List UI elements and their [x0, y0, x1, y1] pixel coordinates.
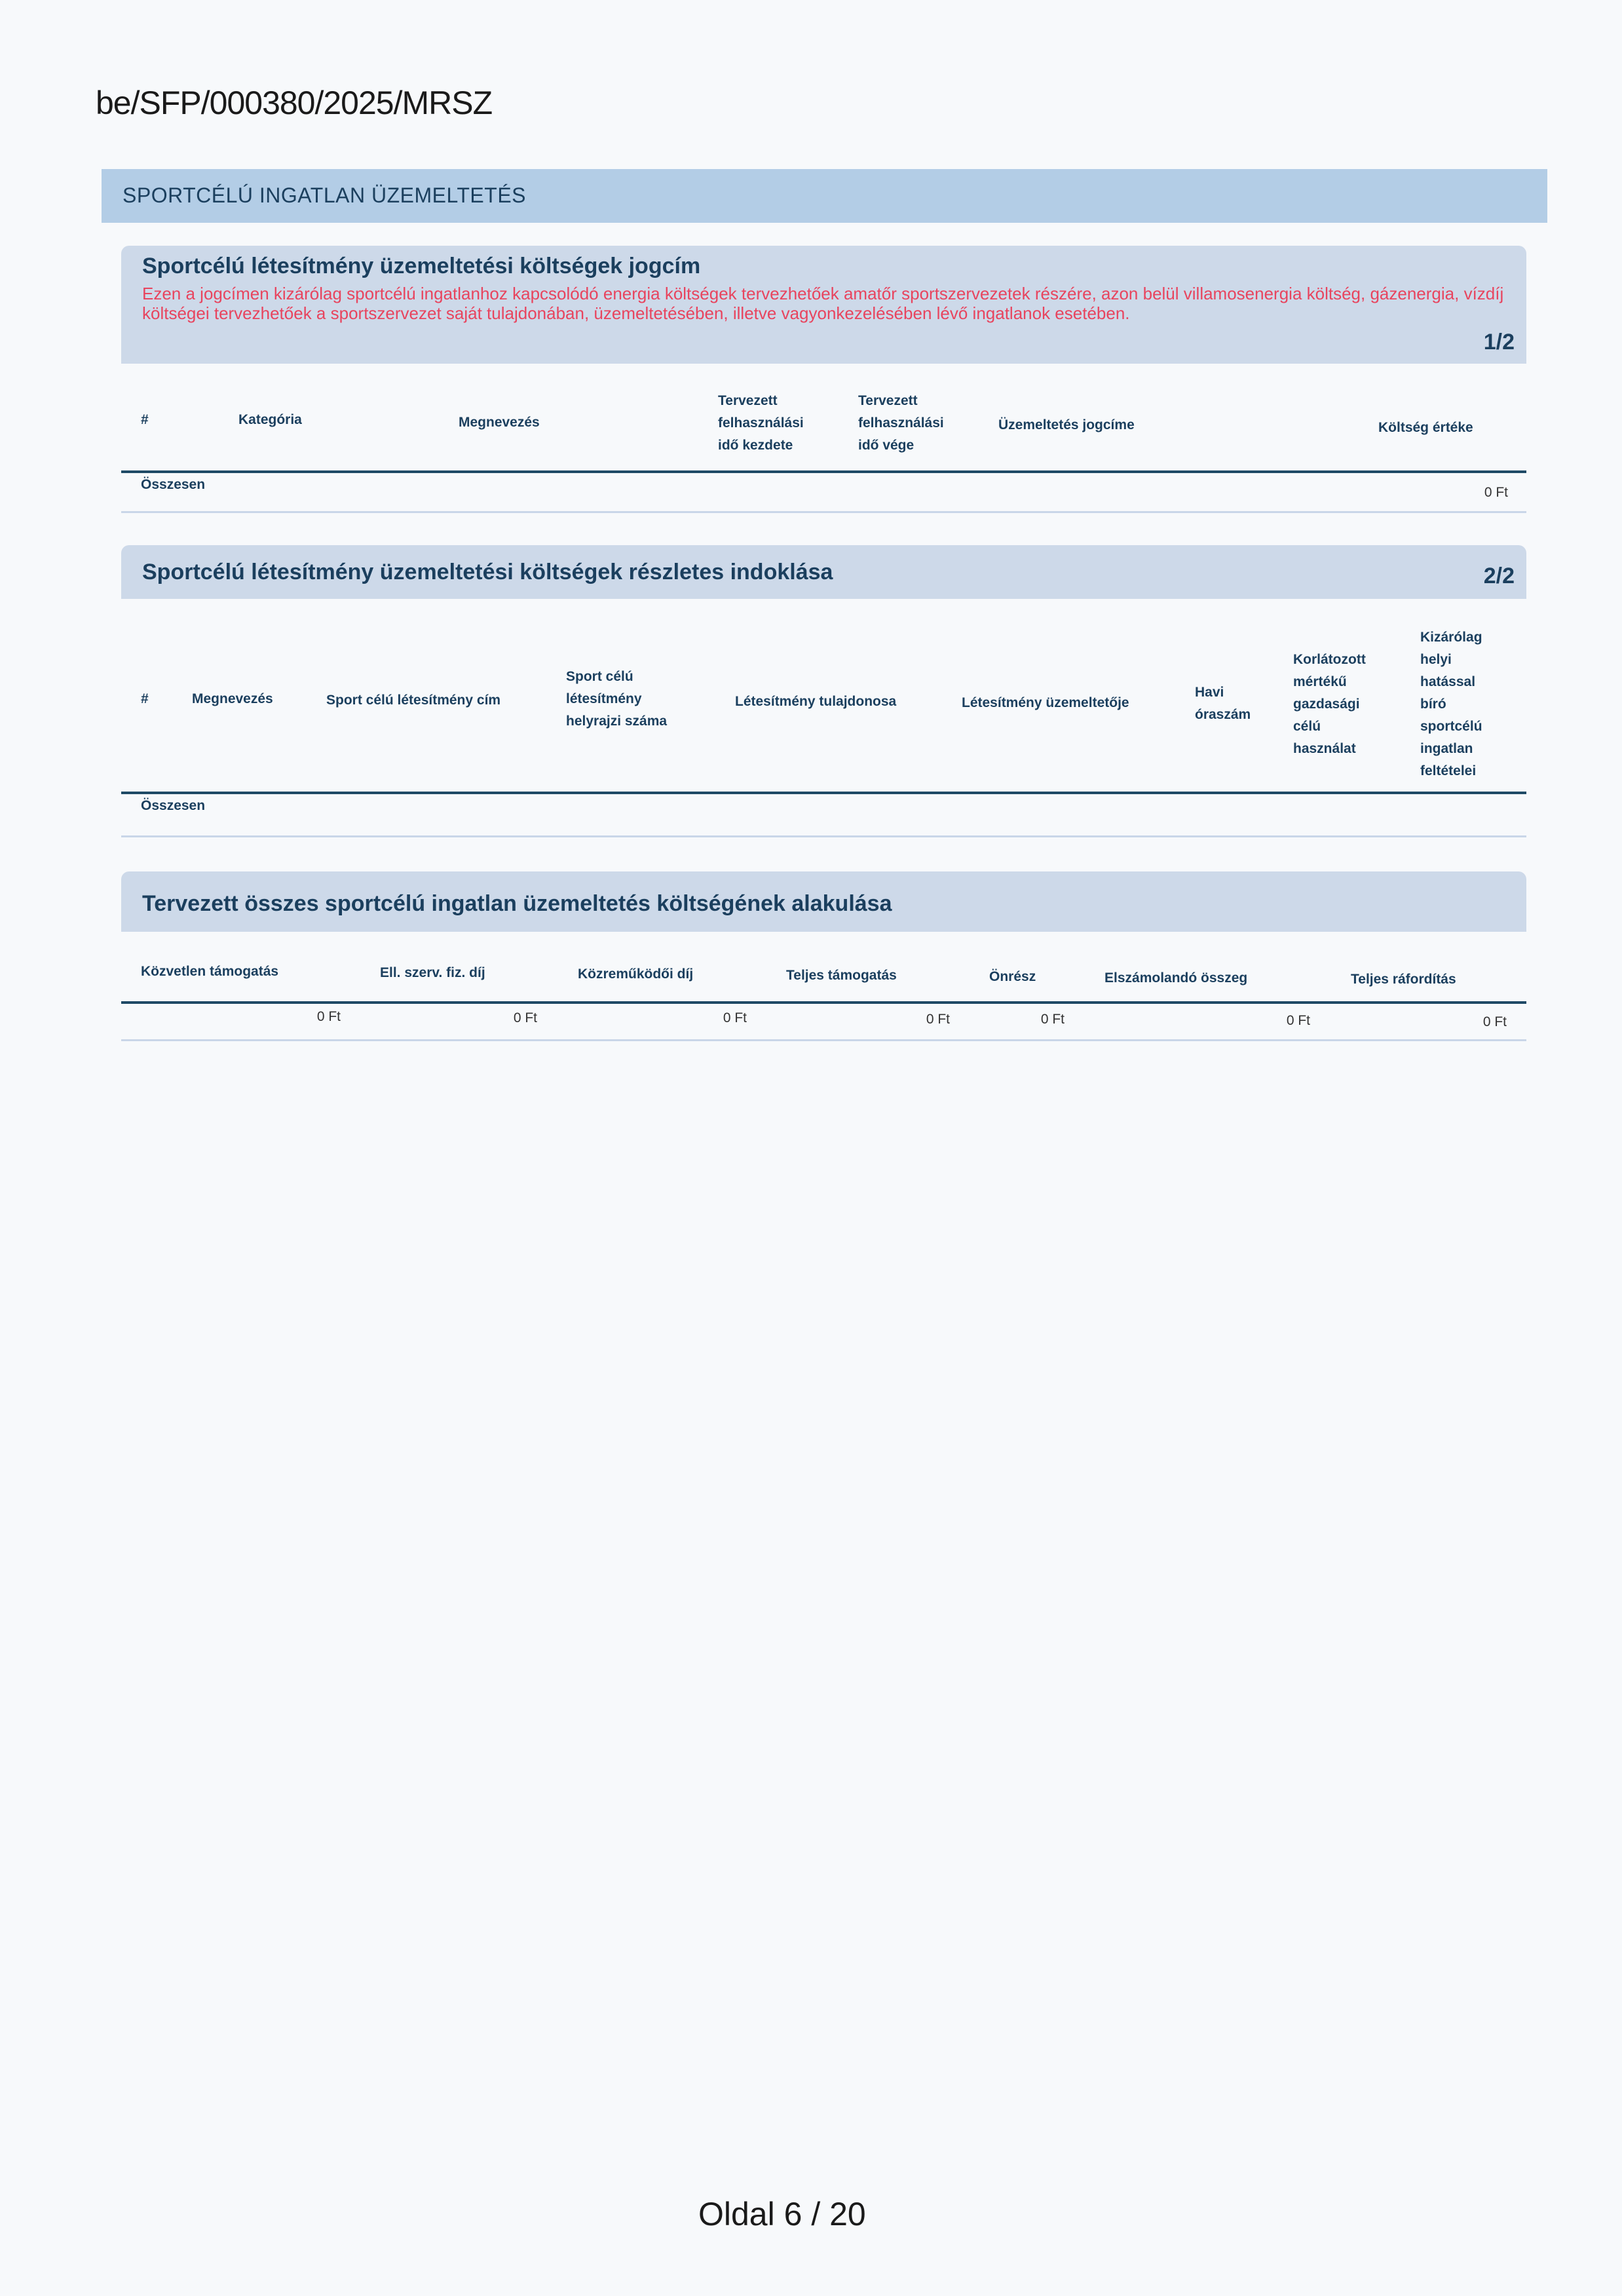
- s1-col-cost-value: Költség értéke: [1378, 417, 1473, 439]
- s1-total-label: Összesen: [141, 477, 205, 493]
- s2-header-rule: [121, 792, 1526, 794]
- s2-col-local-impact-conditions: Kizárólag helyi hatással bíró sportcélú …: [1420, 626, 1499, 782]
- s2-col-limited-economic-use: Korlátozott mértékű gazdasági célú haszn…: [1293, 649, 1378, 760]
- section2-header: Sportcélú létesítmény üzemeltetési költs…: [121, 545, 1526, 599]
- s1-col-start: Tervezett felhasználási idő kezdete: [718, 390, 816, 457]
- s3-col-direct-support: Közvetlen támogatás: [141, 961, 278, 983]
- s2-col-operator: Létesítmény üzemeltetője: [962, 692, 1129, 714]
- document-reference-id: be/SFP/000380/2025/MRSZ: [96, 84, 492, 122]
- s3-value-direct-support: 0 Ft: [262, 1009, 341, 1025]
- s2-col-monthly-hours: Havi óraszám: [1195, 681, 1260, 726]
- s3-value-control-fee: 0 Ft: [459, 1010, 537, 1026]
- section2-title: Sportcélú létesítmény üzemeltetési költs…: [142, 560, 833, 585]
- main-section-title: SPORTCÉLÚ INGATLAN ÜZEMELTETÉS: [123, 183, 526, 208]
- s3-col-own-contribution: Önrész: [989, 966, 1036, 988]
- s3-value-total-support: 0 Ft: [871, 1012, 950, 1027]
- section1-title: Sportcélú létesítmény üzemeltetési költs…: [142, 254, 700, 279]
- s2-total-label: Összesen: [141, 798, 205, 814]
- s3-value-own-contribution: 0 Ft: [986, 1012, 1065, 1027]
- main-section-banner: SPORTCÉLÚ INGATLAN ÜZEMELTETÉS: [102, 169, 1547, 223]
- s1-header-rule: [121, 470, 1526, 473]
- s1-total-value: 0 Ft: [1429, 485, 1508, 501]
- s3-header-rule: [121, 1001, 1526, 1004]
- s1-col-end: Tervezett felhasználási idő vége: [858, 390, 956, 457]
- s3-value-contributor-fee: 0 Ft: [668, 1010, 747, 1026]
- section1-header: Sportcélú létesítmény üzemeltetési költs…: [121, 246, 1526, 364]
- s2-col-owner: Létesítmény tulajdonosa: [735, 691, 896, 713]
- s3-col-total-support: Teljes támogatás: [786, 965, 897, 987]
- section1-pager: 1/2: [1484, 330, 1515, 355]
- s2-col-address: Sport célú létesítmény cím: [326, 689, 500, 712]
- s2-col-parcel-number: Sport célú létesítmény helyrajzi száma: [566, 666, 690, 733]
- page-number: Oldal 6 / 20: [698, 2195, 866, 2233]
- s3-footer-rule: [121, 1039, 1526, 1041]
- s1-col-category: Kategória: [238, 409, 302, 431]
- s2-col-name: Megnevezés: [192, 688, 273, 710]
- s2-col-number: #: [141, 688, 149, 710]
- s2-footer-rule: [121, 835, 1526, 837]
- s3-col-total-expenditure: Teljes ráfordítás: [1351, 968, 1456, 991]
- section1-note: Ezen a jogcímen kizárólag sportcélú inga…: [142, 284, 1505, 323]
- s1-col-name: Megnevezés: [459, 411, 540, 434]
- section3-title: Tervezett összes sportcélú ingatlan üzem…: [142, 891, 892, 917]
- s3-value-settlement-amount: 0 Ft: [1232, 1013, 1310, 1029]
- section3-header: Tervezett összes sportcélú ingatlan üzem…: [121, 871, 1526, 932]
- s3-col-control-fee: Ell. szerv. fiz. díj: [380, 962, 485, 984]
- s1-col-number: #: [141, 409, 149, 431]
- s1-footer-rule: [121, 511, 1526, 513]
- section2-pager: 2/2: [1484, 564, 1515, 589]
- s1-col-operation-title: Üzemeltetés jogcíme: [998, 414, 1135, 436]
- s3-col-contributor-fee: Közreműködői díj: [578, 963, 693, 985]
- s3-value-total-expenditure: 0 Ft: [1428, 1014, 1507, 1030]
- s3-col-settlement-amount: Elszámolandó összeg: [1104, 967, 1247, 989]
